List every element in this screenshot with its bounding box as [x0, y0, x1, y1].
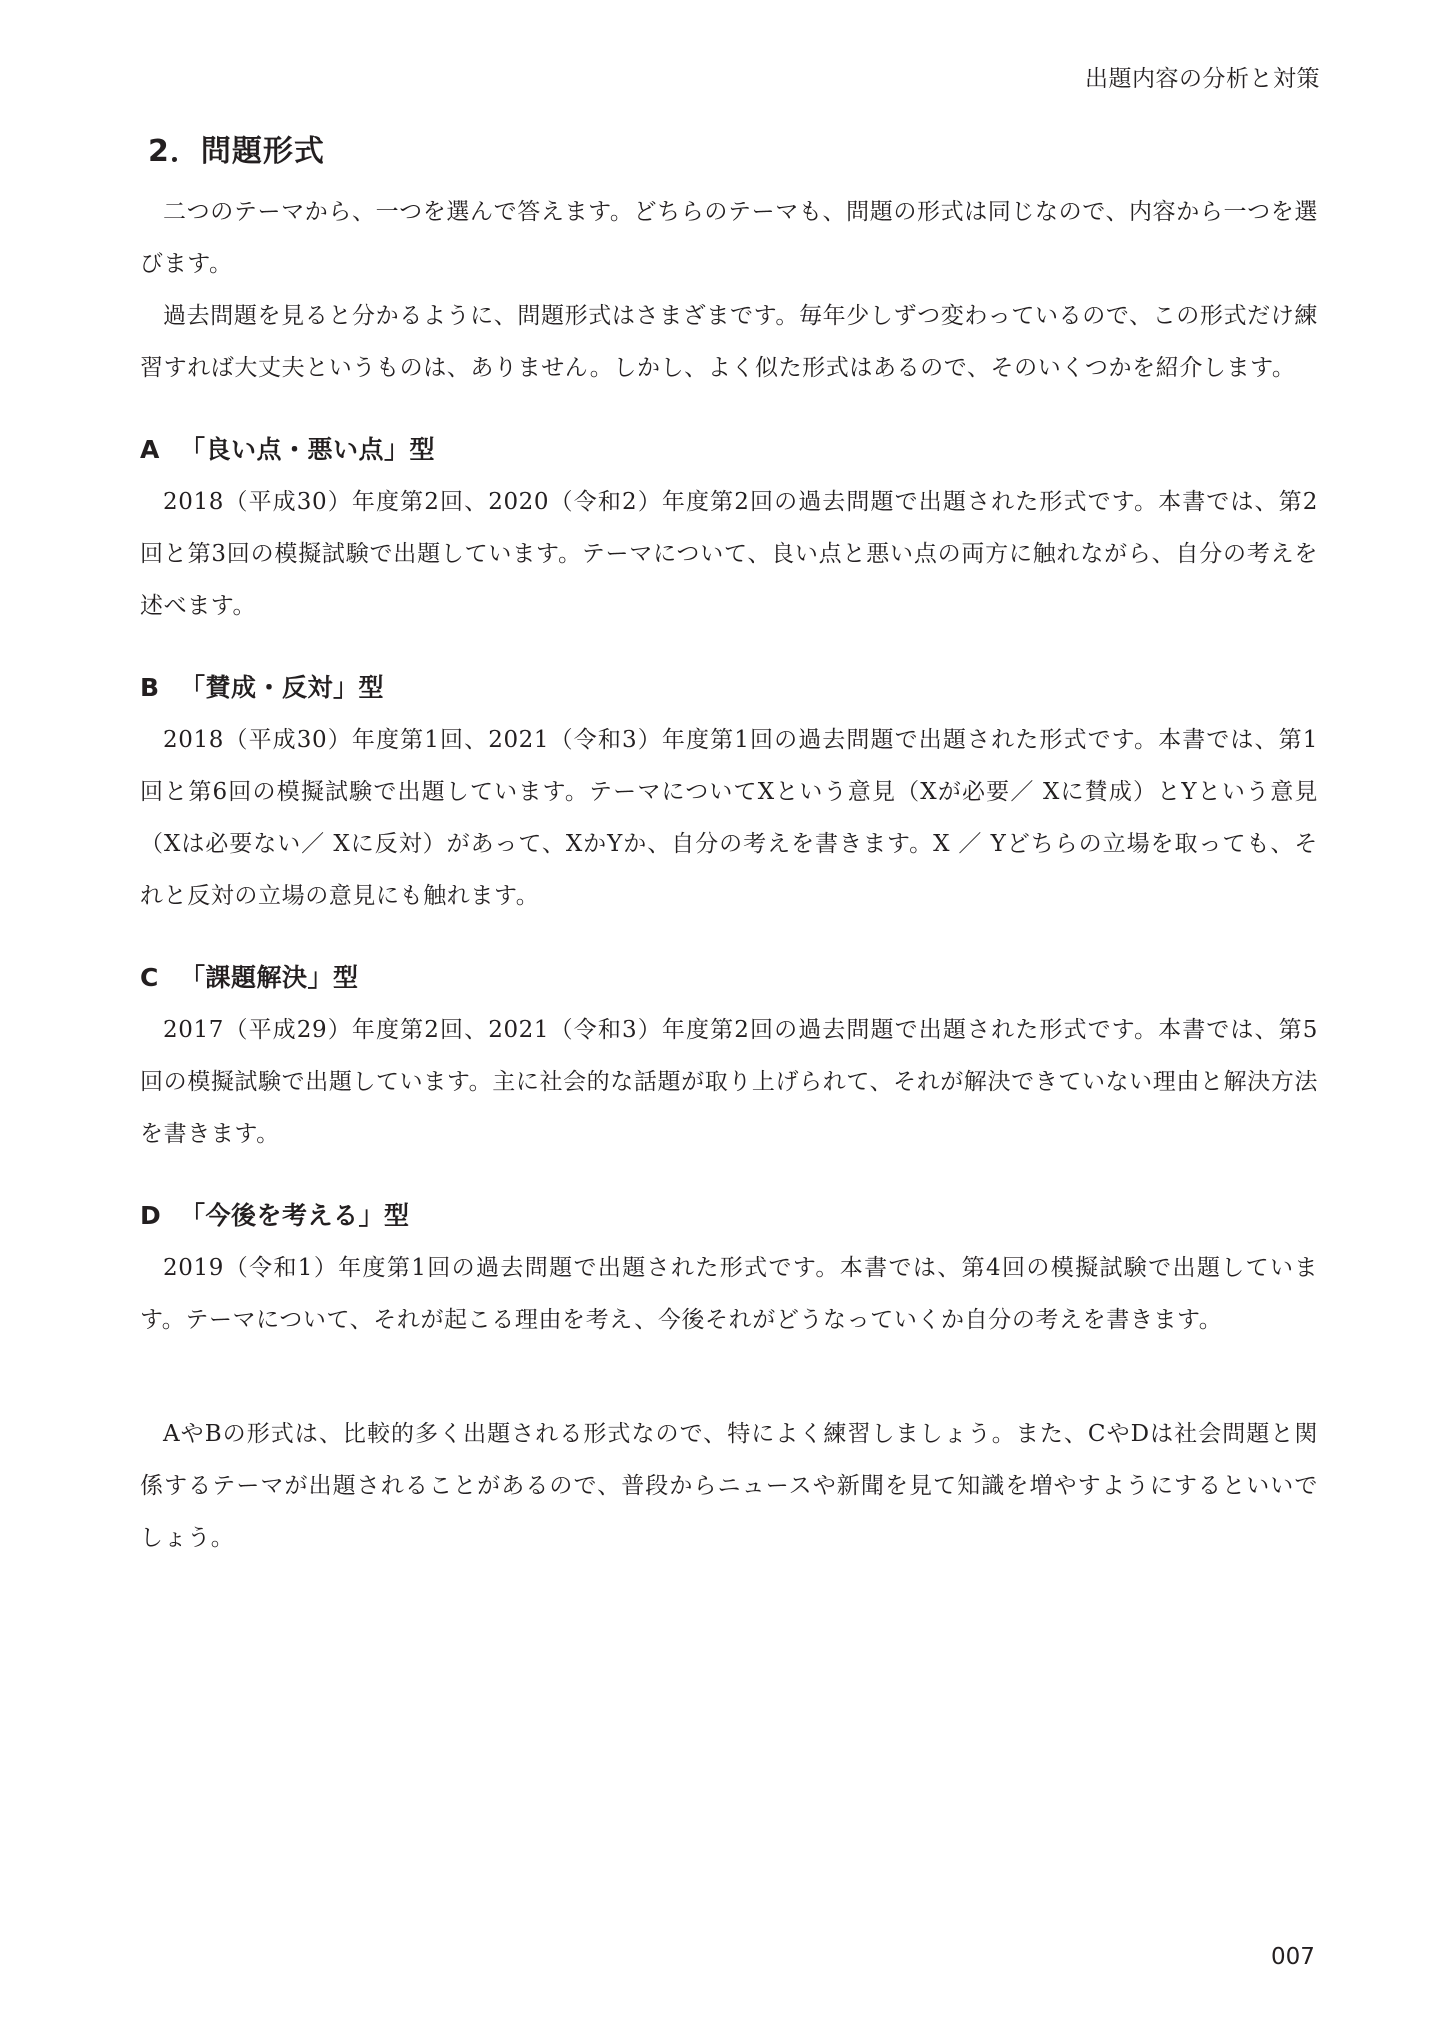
type-block-c: C「課題解決」型 2017（平成29）年度第2回、2021（令和3）年度第2回の…: [140, 958, 1318, 1160]
type-title: 「賛成・反対」型: [180, 673, 384, 702]
type-description: 2017（平成29）年度第2回、2021（令和3）年度第2回の過去問題で出題され…: [140, 1004, 1318, 1160]
type-heading: A「良い点・悪い点」型: [140, 430, 1318, 470]
intro-paragraph: 過去問題を見ると分かるように、問題形式はさまざまです。毎年少しずつ変わっているの…: [140, 290, 1318, 394]
intro-paragraph: 二つのテーマから、一つを選んで答えます。どちらのテーマも、問題の形式は同じなので…: [140, 186, 1318, 290]
type-heading: D「今後を考える」型: [140, 1196, 1318, 1236]
type-letter: D: [140, 1196, 180, 1236]
running-head: 出題内容の分析と対策: [1085, 60, 1320, 93]
summary-paragraph: AやBの形式は、比較的多く出題される形式なので、特によく練習しましょう。また、C…: [140, 1408, 1318, 1564]
type-description: 2018（平成30）年度第2回、2020（令和2）年度第2回の過去問題で出題され…: [140, 476, 1318, 632]
type-block-a: A「良い点・悪い点」型 2018（平成30）年度第2回、2020（令和2）年度第…: [140, 430, 1318, 632]
section-title: 2．問題形式: [148, 132, 1318, 172]
type-letter: C: [140, 958, 180, 998]
type-description: 2019（令和1）年度第1回の過去問題で出題された形式です。本書では、第4回の模…: [140, 1242, 1318, 1346]
type-letter: B: [140, 668, 180, 708]
type-description: 2018（平成30）年度第1回、2021（令和3）年度第1回の過去問題で出題され…: [140, 714, 1318, 922]
type-heading: C「課題解決」型: [140, 958, 1318, 998]
type-title: 「課題解決」型: [180, 963, 359, 992]
type-block-b: B「賛成・反対」型 2018（平成30）年度第1回、2021（令和3）年度第1回…: [140, 668, 1318, 922]
type-heading: B「賛成・反対」型: [140, 668, 1318, 708]
type-title: 「良い点・悪い点」型: [180, 435, 435, 464]
page-content: 2．問題形式 二つのテーマから、一つを選んで答えます。どちらのテーマも、問題の形…: [140, 132, 1318, 1564]
type-letter: A: [140, 430, 180, 470]
type-block-d: D「今後を考える」型 2019（令和1）年度第1回の過去問題で出題された形式です…: [140, 1196, 1318, 1346]
type-title: 「今後を考える」型: [180, 1201, 410, 1230]
page-number: 007: [1271, 1944, 1315, 1970]
